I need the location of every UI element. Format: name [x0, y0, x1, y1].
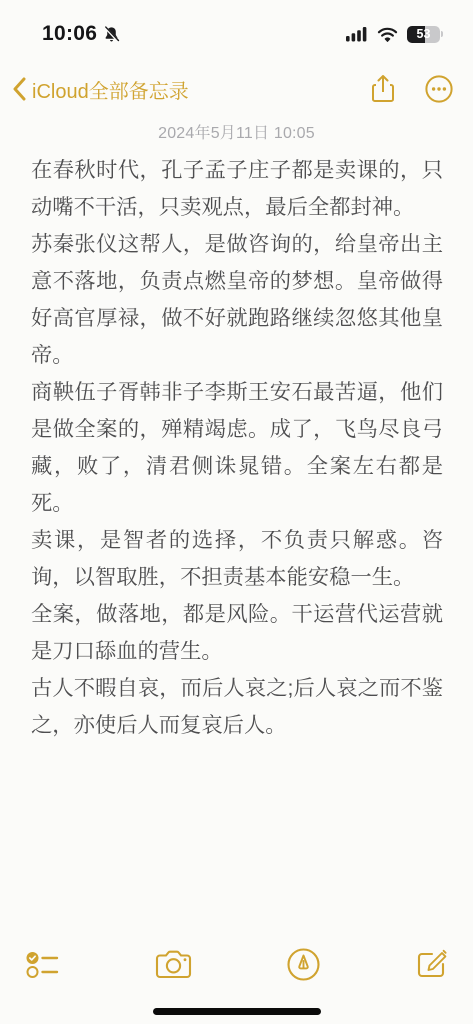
battery-icon: 53: [407, 26, 443, 43]
note-paragraph: 商鞅伍子胥韩非子李斯王安石最苦逼，他们是做全案的，殚精竭虑。成了，飞鸟尽良弓藏，…: [31, 374, 443, 522]
note-body-text[interactable]: 在春秋时代，孔子孟子庄子都是卖课的，只动嘴不干活，只卖观点，最后全都封神。苏秦张…: [0, 152, 473, 744]
note-paragraph: 全案，做落地，都是风险。干运营代运营就是刀口舔血的营生。: [31, 596, 443, 670]
camera-button[interactable]: [155, 950, 192, 979]
more-options-button[interactable]: [425, 75, 453, 103]
share-icon: [371, 74, 395, 104]
note-paragraph: 古人不暇自哀，而后人哀之;后人哀之而不鉴之，亦使后人而复哀后人。: [31, 670, 443, 744]
cellular-signal-icon: [346, 27, 368, 42]
bottom-toolbar: [0, 934, 473, 994]
checklist-icon: [26, 951, 60, 978]
note-paragraph: 苏秦张仪这帮人，是做咨询的，给皇帝出主意不落地，负责点燃皇帝的梦想。皇帝做得好高…: [31, 226, 443, 374]
status-left: 10:06: [42, 22, 121, 46]
back-chevron-icon: [12, 77, 26, 101]
back-button-label: iCloud全部备忘录: [32, 75, 189, 104]
note-paragraph: 在春秋时代，孔子孟子庄子都是卖课的，只动嘴不干活，只卖观点，最后全都封神。: [31, 152, 443, 226]
markup-icon: [287, 948, 320, 981]
checklist-button[interactable]: [26, 951, 60, 978]
compose-button[interactable]: [415, 948, 447, 980]
status-bar: 10:06: [0, 14, 473, 54]
clock-time: 10:06: [42, 22, 97, 46]
home-indicator[interactable]: [153, 1008, 321, 1015]
back-button[interactable]: iCloud全部备忘录: [12, 75, 189, 104]
status-right: 53: [346, 26, 443, 43]
wifi-icon: [377, 27, 398, 42]
compose-icon: [415, 948, 447, 980]
note-paragraph: 卖课，是智者的选择，不负责只解惑。咨询，以智取胜，不担责基本能安稳一生。: [31, 522, 443, 596]
notes-app-screen: 10:06: [0, 0, 473, 1024]
note-date: 2024年5月11日 10:05: [0, 120, 473, 143]
note-content-area[interactable]: 2024年5月11日 10:05 在春秋时代，孔子孟子庄子都是卖课的，只动嘴不干…: [0, 114, 473, 914]
ellipsis-circle-icon: [425, 75, 453, 103]
markup-button[interactable]: [287, 948, 320, 981]
bell-slash-icon: [102, 25, 121, 44]
battery-percent: 53: [407, 26, 440, 43]
share-button[interactable]: [371, 74, 395, 104]
nav-bar: iCloud全部备忘录: [0, 68, 473, 110]
camera-icon: [155, 950, 192, 979]
